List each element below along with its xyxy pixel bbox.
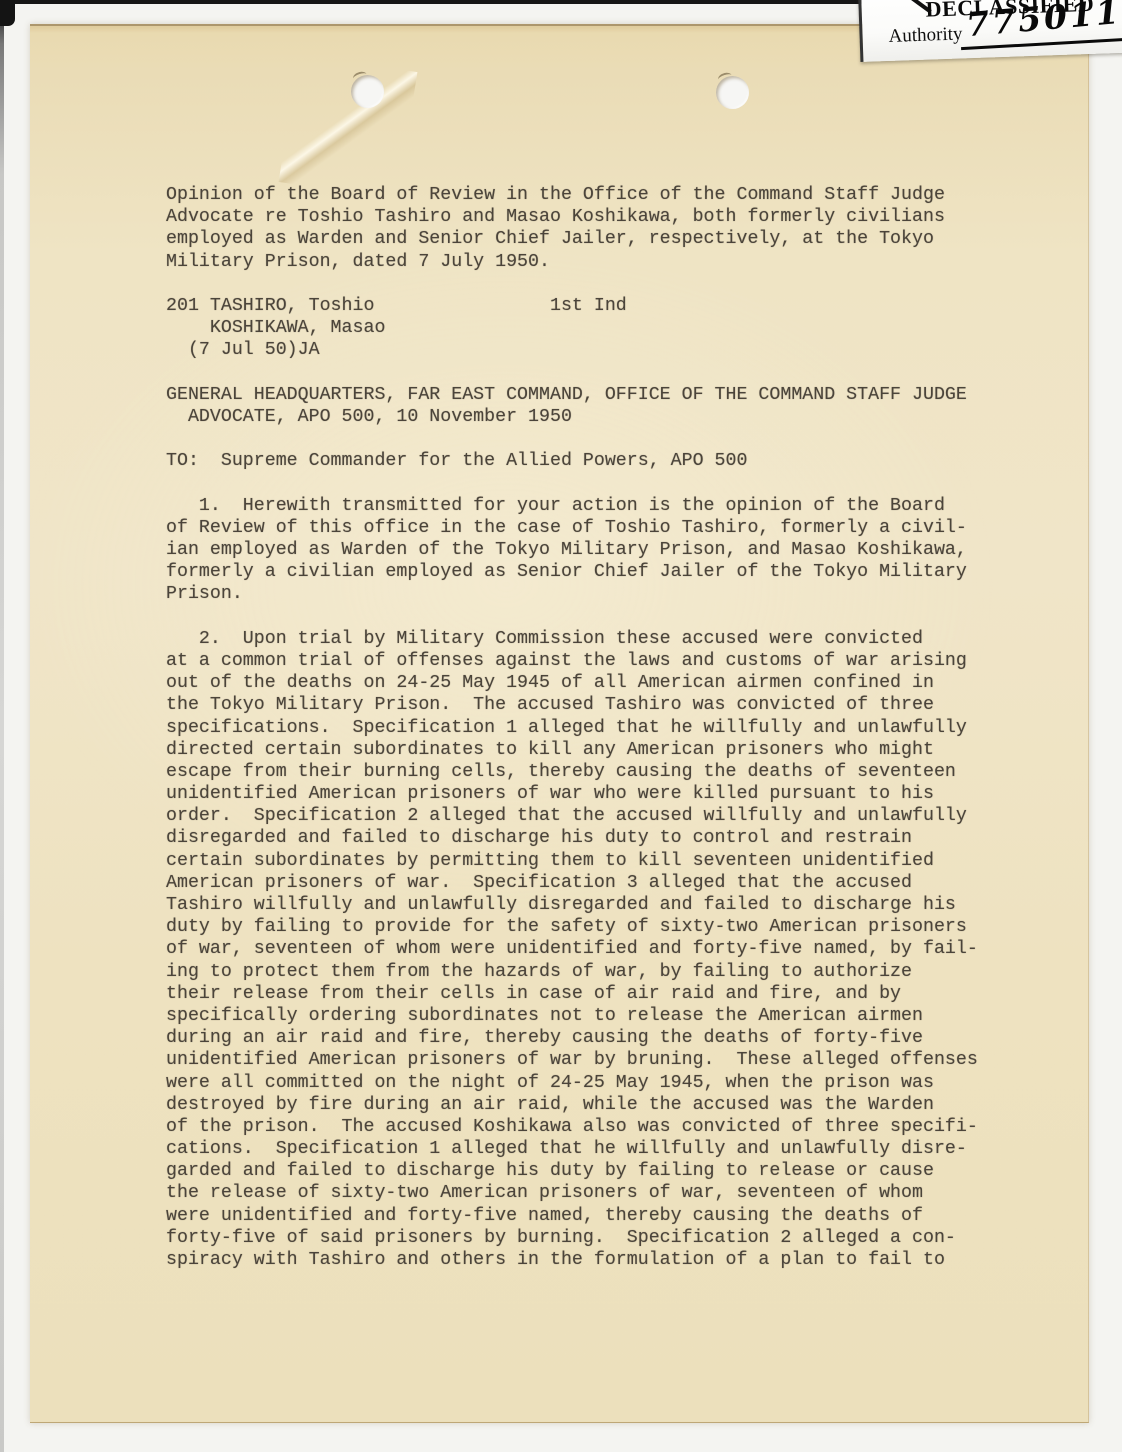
text-line: out of the deaths on 24-25 May 1945 of a… <box>166 672 978 694</box>
text-line: KOSHIKAWA, Masao <box>166 317 978 339</box>
text-line: specifically ordering subordinates not t… <box>166 1005 978 1027</box>
text-line <box>166 273 978 295</box>
scanned-document-page: Opinion of the Board of Review in the Of… <box>0 0 1122 1452</box>
text-line: Tashiro willfully and unlawfully disrega… <box>166 894 978 916</box>
text-line: employed as Warden and Senior Chief Jail… <box>166 228 978 250</box>
text-line: directed certain subordinates to kill an… <box>166 739 978 761</box>
text-line: unidentified American prisoners of war b… <box>166 1049 978 1071</box>
text-line: specifications. Specification 1 alleged … <box>166 717 978 739</box>
declassified-stamp: DECLASSIFIED Authority 775011 <box>858 0 1122 62</box>
text-line: forty-five of said prisoners by burning.… <box>166 1227 978 1249</box>
text-line: 2. Upon trial by Military Commission the… <box>166 628 978 650</box>
typed-text: Opinion of the Board of Review in the Of… <box>166 184 978 1271</box>
text-line: ian employed as Warden of the Tokyo Mili… <box>166 539 978 561</box>
text-line: the release of sixty-two American prison… <box>166 1182 978 1204</box>
text-line: TO: Supreme Commander for the Allied Pow… <box>166 450 978 472</box>
text-line: ing to protect them from the hazards of … <box>166 961 978 983</box>
text-line: the Tokyo Military Prison. The accused T… <box>166 694 978 716</box>
text-line: formerly a civilian employed as Senior C… <box>166 561 978 583</box>
text-line: unidentified American prisoners of war w… <box>166 783 978 805</box>
text-line: Prison. <box>166 583 978 605</box>
stamp-authority-label: Authority <box>888 23 963 48</box>
text-line: at a common trial of offenses against th… <box>166 650 978 672</box>
text-line: garded and failed to discharge his duty … <box>166 1160 978 1182</box>
text-line <box>166 606 978 628</box>
text-line: disregarded and failed to discharge his … <box>166 827 978 849</box>
scanner-corner-artifact <box>0 0 15 26</box>
text-line: Opinion of the Board of Review in the Of… <box>166 184 978 206</box>
punch-hole-right <box>716 76 749 109</box>
text-line <box>166 472 978 494</box>
text-line: cations. Specification 1 alleged that he… <box>166 1138 978 1160</box>
text-line: order. Specification 2 alleged that the … <box>166 805 978 827</box>
text-line: escape from their burning cells, thereby… <box>166 761 978 783</box>
text-line: certain subordinates by permitting them … <box>166 850 978 872</box>
text-line: 1. Herewith transmitted for your action … <box>166 495 978 517</box>
text-line: Advocate re Toshio Tashiro and Masao Kos… <box>166 206 978 228</box>
text-line: of war, seventeen of whom were unidentif… <box>166 938 978 960</box>
text-line: American prisoners of war. Specification… <box>166 872 978 894</box>
text-line: during an air raid and fire, thereby cau… <box>166 1027 978 1049</box>
text-line: their release from their cells in case o… <box>166 983 978 1005</box>
text-line: spiracy with Tashiro and others in the f… <box>166 1249 978 1271</box>
text-line <box>166 362 978 384</box>
text-line: (7 Jul 50)JA <box>166 339 978 361</box>
punch-hole-left <box>351 75 384 108</box>
text-line: were unidentified and forty-five named, … <box>166 1205 978 1227</box>
text-line: were all committed on the night of 24-25… <box>166 1072 978 1094</box>
scanner-edge-artifact <box>0 0 4 1452</box>
text-line: 201 TASHIRO, Toshio 1st Ind <box>166 295 978 317</box>
text-line: destroyed by fire during an air raid, wh… <box>166 1094 978 1116</box>
text-line: Military Prison, dated 7 July 1950. <box>166 251 978 273</box>
text-line: ADVOCATE, APO 500, 10 November 1950 <box>166 406 978 428</box>
text-line <box>166 428 978 450</box>
stamp-authority-number: 775011 <box>965 0 1122 44</box>
text-line: GENERAL HEADQUARTERS, FAR EAST COMMAND, … <box>166 384 978 406</box>
paper-crease <box>279 53 418 200</box>
text-line: of Review of this office in the case of … <box>166 517 978 539</box>
text-line: of the prison. The accused Koshikawa als… <box>166 1116 978 1138</box>
scanner-top-edge-artifact <box>12 0 864 4</box>
text-line: duty by failing to provide for the safet… <box>166 916 978 938</box>
